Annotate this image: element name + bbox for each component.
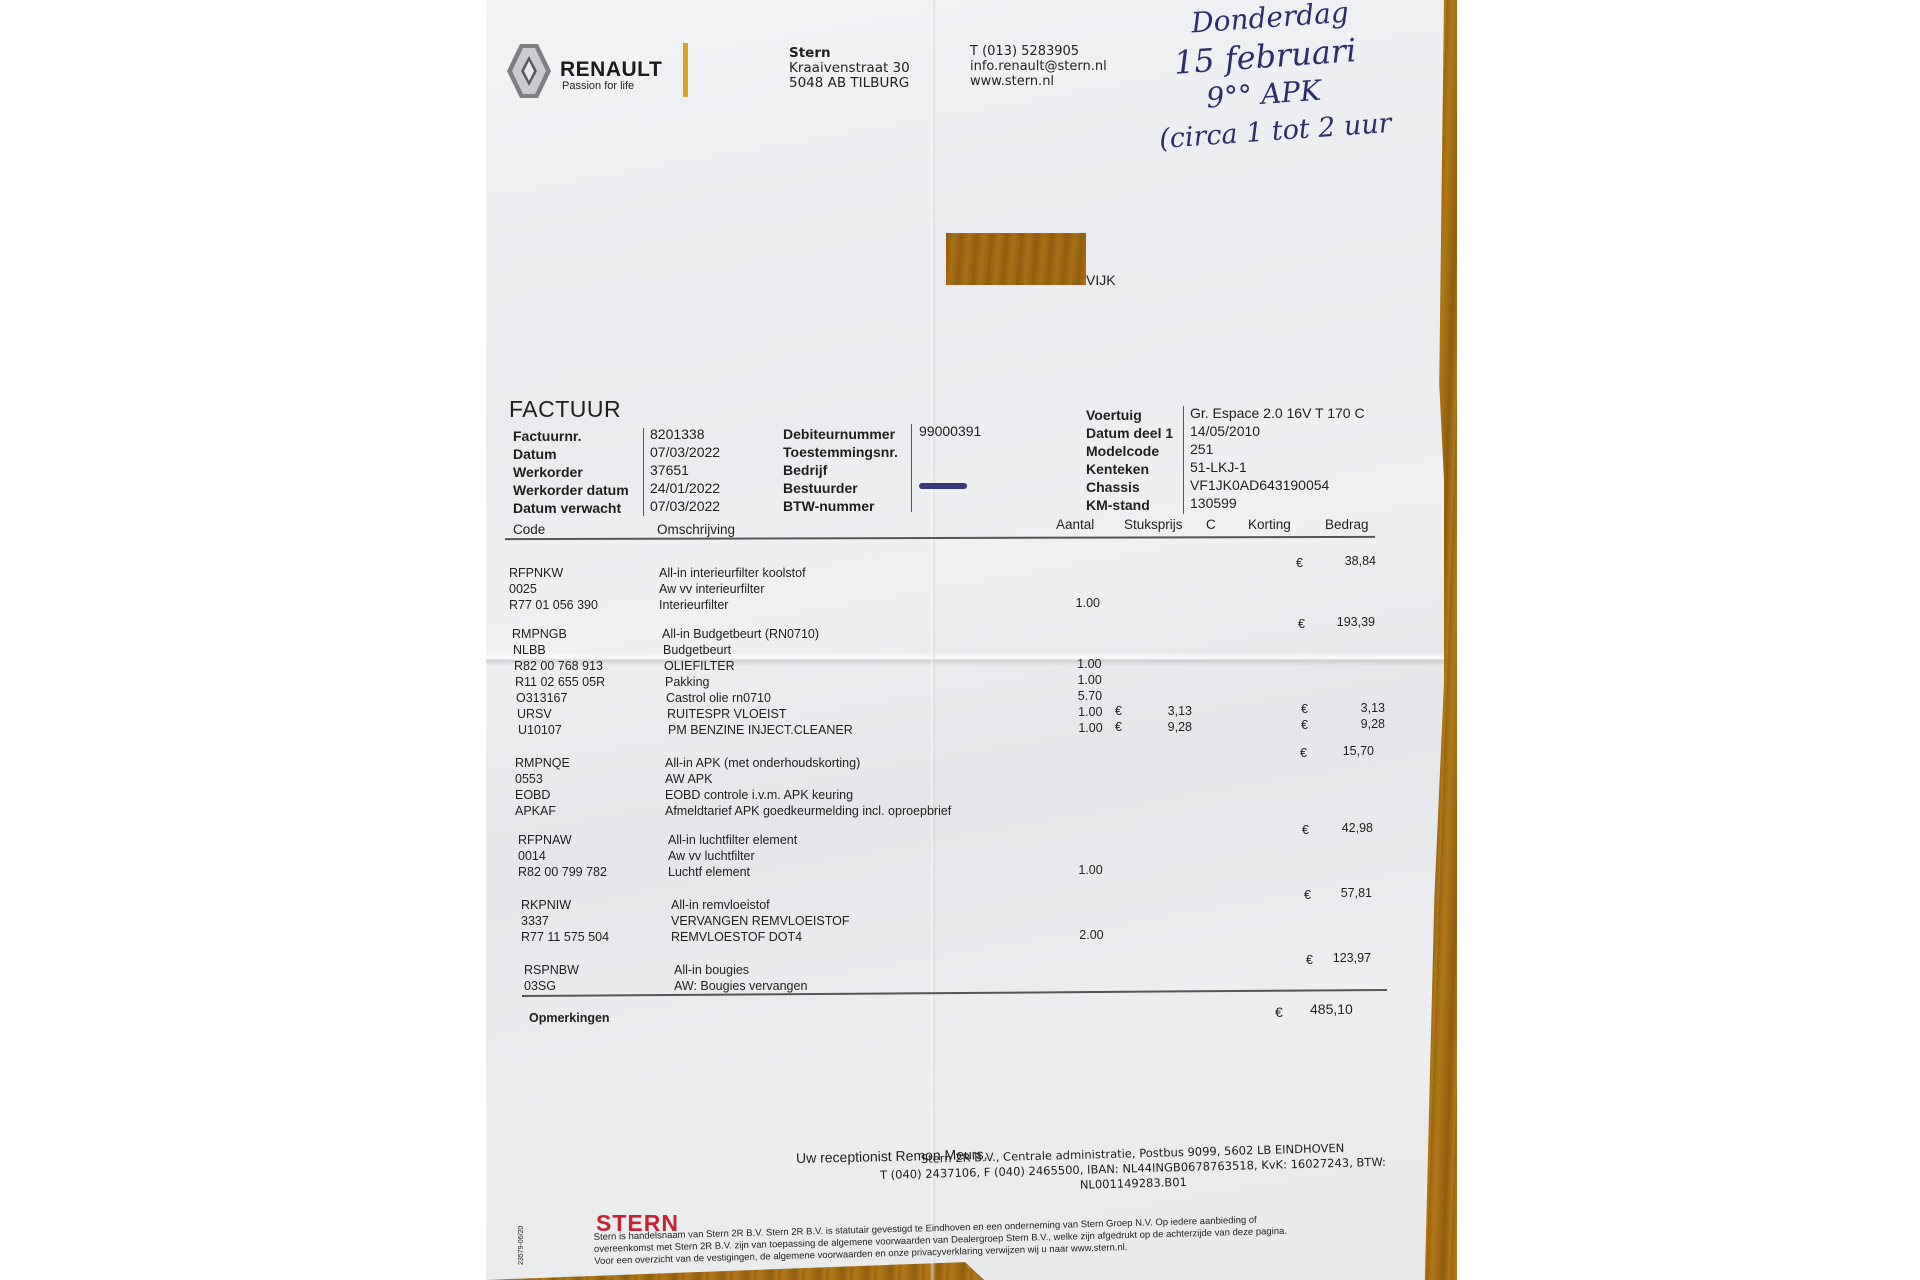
group-amount: 15,70 (1343, 744, 1374, 758)
line-code: 03SG (524, 979, 556, 993)
remarks-label: Opmerkingen (529, 1011, 610, 1025)
line-quantity: 1.00 (1077, 657, 1101, 671)
field-label: KM-stand (1086, 496, 1173, 514)
field-value: 251 (1190, 440, 1365, 458)
line-code: APKAF (515, 804, 556, 818)
line-code: URSV (517, 707, 552, 721)
field-label: Kenteken (1086, 460, 1173, 478)
currency-symbol: € (1301, 718, 1308, 732)
field-label: Werkorder datum (513, 481, 629, 499)
column-header: Code (513, 522, 545, 537)
customer-fields-labels: DebiteurnummerToestemmingsnr.BedrijfBest… (783, 425, 898, 515)
line-description: Budgetbeurt (663, 643, 731, 657)
line-quantity: 5.70 (1078, 689, 1102, 703)
line-code: R82 00 768 913 (514, 659, 603, 673)
line-code: 3337 (521, 914, 549, 928)
dealer-website: www.stern.nl (970, 74, 1107, 89)
divider (643, 428, 644, 516)
currency-symbol: € (1302, 823, 1309, 837)
window-partial-text: VIJK (1086, 272, 1116, 288)
divider (1183, 406, 1184, 514)
field-label: Werkorder (513, 463, 629, 481)
redacted-value (919, 476, 981, 494)
dealer-email: info.renault@stern.nl (970, 59, 1107, 74)
line-code: NLBB (513, 643, 546, 657)
handwritten-note: Donderdag 15 februari 9°° APK (circa 1 t… (1170, 0, 1393, 158)
currency-symbol: € (1300, 746, 1307, 760)
line-code: RMPNQE (515, 756, 570, 770)
group-amount: 123,97 (1333, 951, 1371, 965)
invoice-paper (486, 0, 1444, 1280)
line-code: R77 11 575 504 (521, 930, 609, 944)
line-code: 0014 (518, 849, 546, 863)
field-value: 24/01/2022 (650, 479, 720, 497)
field-label: Bedrijf (783, 461, 898, 479)
line-quantity: 1.00 (1078, 721, 1102, 735)
column-header: Omschrijving (657, 522, 735, 537)
column-header: Bedrag (1325, 517, 1369, 532)
dealer-name: Stern (789, 46, 910, 61)
field-label: Voertuig (1086, 406, 1173, 424)
line-amount: 9,28 (1361, 717, 1385, 731)
line-code: RSPNBW (524, 963, 579, 977)
dealer-contact: T (013) 5283905 info.renault@stern.nl ww… (970, 44, 1107, 89)
line-code: R82 00 799 782 (518, 865, 607, 879)
line-description: Afmeldtarief APK goedkeurmelding incl. o… (665, 804, 951, 818)
field-label: Datum verwacht (513, 499, 629, 517)
line-code: RFPNKW (509, 566, 563, 580)
line-code: 0025 (509, 582, 537, 596)
column-header: C (1206, 517, 1216, 532)
line-code: RKPNIW (521, 898, 571, 912)
line-description: EOBD controle i.v.m. APK keuring (665, 788, 853, 802)
line-code: R11 02 655 05R (515, 675, 605, 689)
line-quantity: 1.00 (1076, 596, 1100, 610)
line-code: R77 01 056 390 (509, 598, 598, 612)
invoice-title: FACTUUR (509, 396, 621, 423)
field-value: 99000391 (919, 422, 981, 440)
brand-divider (683, 43, 688, 97)
renault-logo-icon (506, 42, 552, 100)
line-description: All-in Budgetbeurt (RN0710) (662, 627, 819, 641)
field-label: Chassis (1086, 478, 1173, 496)
envelope-window-cutout (946, 233, 1086, 285)
group-amount: 42,98 (1342, 821, 1373, 835)
dealer-phone: T (013) 5283905 (970, 44, 1107, 59)
group-amount: 57,81 (1341, 886, 1372, 900)
line-code: U10107 (518, 723, 562, 737)
line-unit-price: 9,28 (1168, 720, 1192, 734)
line-description: All-in APK (met onderhoudskorting) (665, 756, 860, 770)
line-code: RMPNGB (512, 627, 567, 641)
line-description: All-in luchtfilter element (668, 833, 797, 847)
line-description: OLIEFILTER (664, 659, 735, 673)
field-value: VF1JK0AD643190054 (1190, 476, 1365, 494)
field-label: Factuurnr. (513, 427, 629, 445)
line-description: VERVANGEN REMVLOEISTOF (671, 914, 850, 928)
line-description: Castrol olie rn0710 (666, 691, 771, 705)
line-description: PM BENZINE INJECT.CLEANER (668, 723, 853, 737)
dealer-city: 5048 AB TILBURG (789, 76, 910, 91)
column-header: Aantal (1056, 517, 1094, 532)
line-description: All-in bougies (674, 963, 749, 977)
field-value (919, 458, 981, 476)
field-value: 130599 (1190, 494, 1365, 512)
field-label: BTW-nummer (783, 497, 898, 515)
field-label: Datum deel 1 (1086, 424, 1173, 442)
brand-tagline: Passion for life (562, 80, 634, 92)
paper-fold (486, 652, 1444, 666)
field-value: 07/03/2022 (650, 443, 720, 461)
dealer-street: Kraaivenstraat 30 (789, 61, 910, 76)
field-label: Modelcode (1086, 442, 1173, 460)
line-code: O313167 (516, 691, 567, 705)
line-description: Luchtf element (668, 865, 750, 879)
form-code: 23579-06/20 (518, 1226, 525, 1265)
line-description: RUITESPR VLOEIST (667, 707, 786, 721)
invoice-fields-values: 820133807/03/20223765124/01/202207/03/20… (650, 425, 720, 515)
customer-fields-values: 99000391 (919, 422, 981, 512)
line-unit-price: 3,13 (1168, 704, 1192, 718)
divider (911, 424, 912, 512)
currency-symbol: € (1301, 702, 1308, 716)
field-label: Bestuurder (783, 479, 898, 497)
currency-symbol: € (1296, 556, 1303, 570)
line-description: All-in interieurfilter koolstof (659, 566, 806, 580)
line-description: Pakking (665, 675, 709, 689)
line-description: AW: Bougies vervangen (674, 979, 807, 993)
field-value (919, 440, 981, 458)
field-label: Toestemmingsnr. (783, 443, 898, 461)
line-description: AW APK (665, 772, 712, 786)
line-description: Interieurfilter (659, 598, 728, 612)
currency-symbol: € (1298, 617, 1305, 631)
line-quantity: 2.00 (1079, 928, 1103, 942)
vehicle-fields-values: Gr. Espace 2.0 16V T 170 C14/05/20102515… (1190, 404, 1365, 512)
field-value: 8201338 (650, 425, 720, 443)
line-quantity: 1.00 (1078, 705, 1102, 719)
line-code: RFPNAW (518, 833, 572, 847)
line-description: REMVLOESTOF DOT4 (671, 930, 802, 944)
field-value: 07/03/2022 (650, 497, 720, 515)
field-value: 14/05/2010 (1190, 422, 1365, 440)
line-code: EOBD (515, 788, 550, 802)
group-amount: 193,39 (1337, 615, 1375, 629)
field-label: Debiteurnummer (783, 425, 898, 443)
field-value: 37651 (650, 461, 720, 479)
currency-symbol: € (1115, 704, 1122, 718)
dealer-address: Stern Kraaivenstraat 30 5048 AB TILBURG (789, 46, 910, 91)
line-quantity: 1.00 (1078, 863, 1102, 877)
vehicle-fields-labels: VoertuigDatum deel 1ModelcodeKentekenCha… (1086, 406, 1173, 514)
invoice-fields-labels: Factuurnr.DatumWerkorderWerkorder datumD… (513, 427, 629, 517)
paper-fold-vertical (930, 0, 936, 1280)
column-header: Korting (1248, 517, 1291, 532)
currency-symbol: € (1115, 720, 1122, 734)
column-header: Stuksprijs (1124, 517, 1183, 532)
field-value (919, 494, 981, 512)
brand-name: RENAULT (560, 58, 662, 82)
field-value: Gr. Espace 2.0 16V T 170 C (1190, 404, 1365, 422)
currency-symbol: € (1304, 888, 1311, 902)
line-description: Aw vv interieurfilter (659, 582, 764, 596)
line-quantity: 1.00 (1077, 673, 1101, 687)
line-description: All-in remvloeistof (671, 898, 770, 912)
currency-symbol: € (1306, 953, 1313, 967)
field-label: Datum (513, 445, 629, 463)
line-amount: 3,13 (1361, 701, 1385, 715)
line-description: Aw vv luchtfilter (668, 849, 755, 863)
field-value: 51-LKJ-1 (1190, 458, 1365, 476)
group-amount: 38,84 (1345, 554, 1376, 568)
line-code: 0553 (515, 772, 543, 786)
invoice-total: 485,10 (1310, 1001, 1353, 1017)
total-currency: € (1275, 1004, 1283, 1020)
